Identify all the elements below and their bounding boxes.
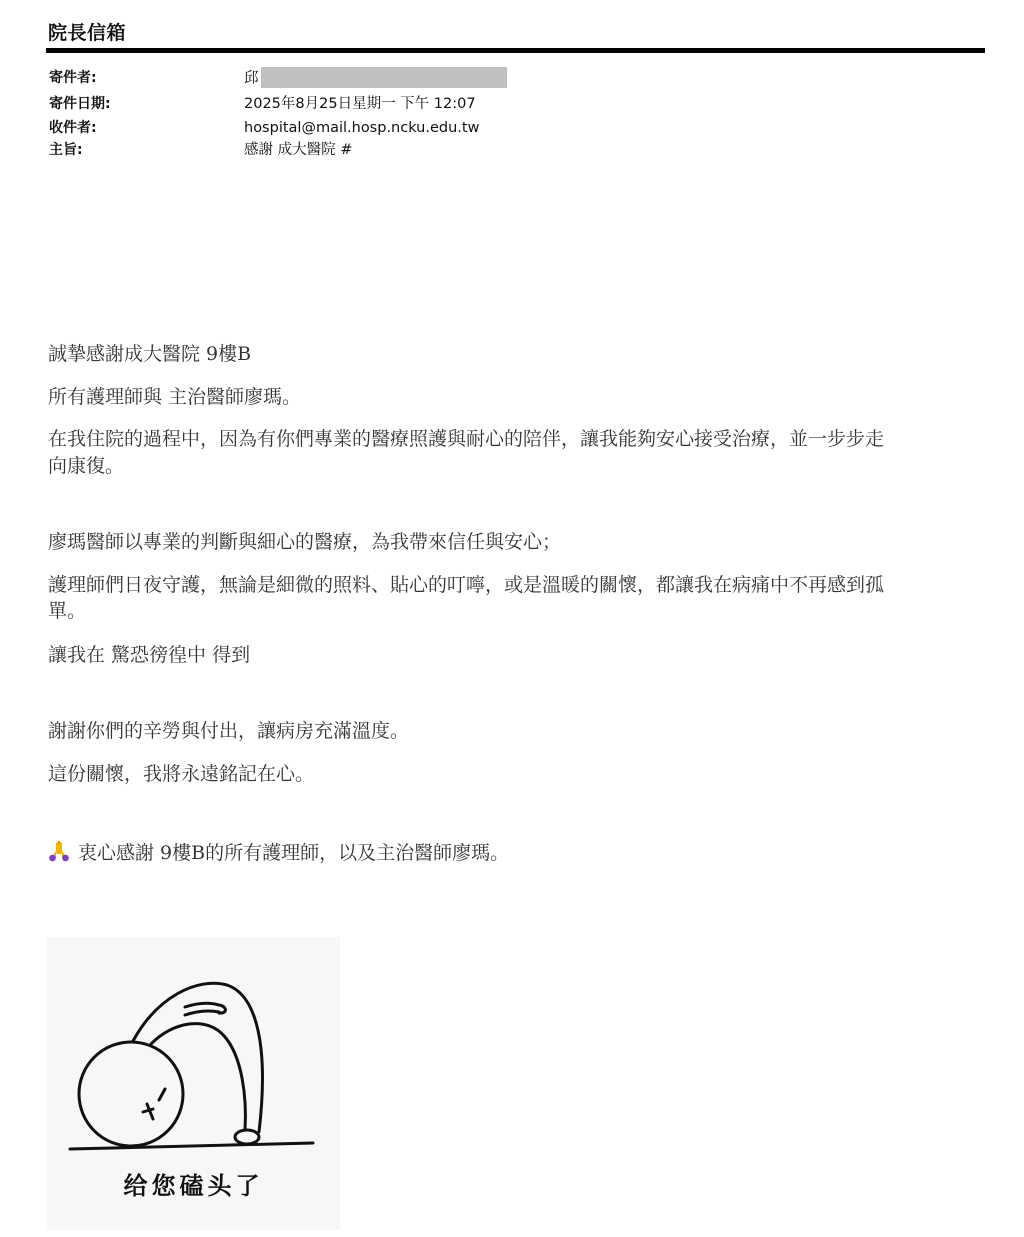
kowtow-meme-image: 给您磕头了 xyxy=(47,937,340,1230)
body-line: 所有護理師與 主治醫師廖瑪。 xyxy=(48,384,978,410)
meta-row-subject: 主旨: 感謝 成大醫院 # xyxy=(0,140,1024,162)
sender-name: 邱 xyxy=(244,71,259,87)
body-line: 單。 xyxy=(48,598,978,624)
redaction-bar xyxy=(261,67,507,88)
meta-row-recipient: 收件者: hospital@mail.hosp.ncku.edu.tw xyxy=(0,118,1024,140)
folded-hands-icon xyxy=(48,840,70,862)
subject-value: 感謝 成大醫院 # xyxy=(244,140,352,160)
header-divider xyxy=(46,48,985,53)
body-line: 讓我在 驚恐徬徨中 得到 xyxy=(48,642,978,668)
page-title: 院長信箱 xyxy=(48,21,126,45)
recipient-value: hospital@mail.hosp.ncku.edu.tw xyxy=(244,118,479,138)
meta-row-sender: 寄件者: 邱 xyxy=(0,68,1024,90)
date-label: 寄件日期: xyxy=(49,94,111,114)
meme-caption: 给您磕头了 xyxy=(47,1171,340,1201)
body-line: 誠摯感謝成大醫院 9樓B xyxy=(48,341,978,367)
closing-text: 衷心感謝 9樓B的所有護理師，以及主治醫師廖瑪。 xyxy=(78,842,509,864)
date-value: 2025年8月25日星期一 下午 12:07 xyxy=(244,94,476,114)
body-line: 廖瑪醫師以專業的判斷與細心的醫療，為我帶來信任與安心； xyxy=(48,529,978,555)
closing-line: 衷心感謝 9樓B的所有護理師，以及主治醫師廖瑪。 xyxy=(48,840,978,866)
body-line: 在我住院的過程中，因為有你們專業的醫療照護與耐心的陪伴，讓我能夠安心接受治療，並… xyxy=(48,426,978,452)
body-line: 護理師們日夜守護，無論是細微的照料、貼心的叮嚀，或是溫暖的關懷，都讓我在病痛中不… xyxy=(48,572,978,598)
sender-label: 寄件者: xyxy=(49,68,97,88)
body-line: 向康復。 xyxy=(48,453,978,479)
recipient-label: 收件者: xyxy=(49,118,97,138)
body-line: 這份關懷，我將永遠銘記在心。 xyxy=(48,761,978,787)
sender-value: 邱 xyxy=(244,68,507,89)
meta-row-date: 寄件日期: 2025年8月25日星期一 下午 12:07 xyxy=(0,94,1024,116)
subject-label: 主旨: xyxy=(49,140,83,160)
body-line: 謝謝你們的辛勞與付出，讓病房充滿溫度。 xyxy=(48,718,978,744)
